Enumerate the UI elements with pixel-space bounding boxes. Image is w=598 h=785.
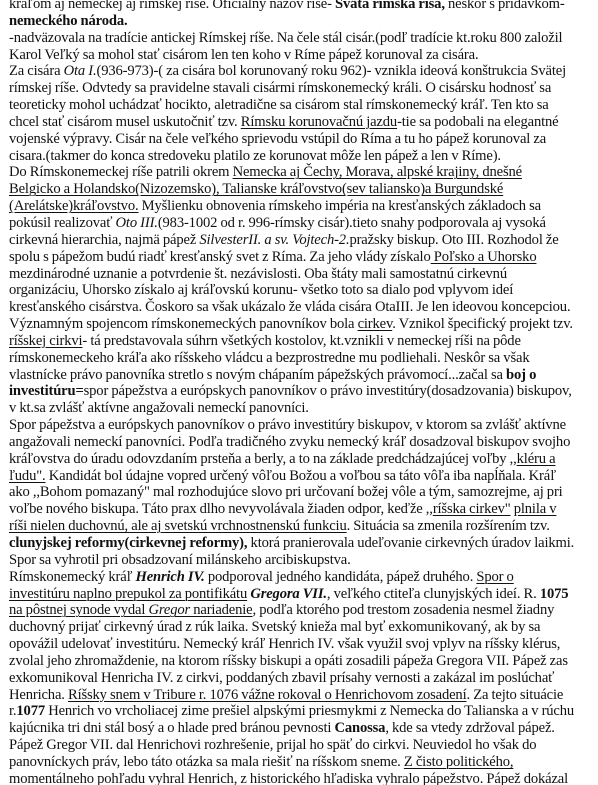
text-run: - tá predstavovala súhrn všetkých kostol…: [82, 333, 520, 349]
text-line: ríši nielen duchovnú, ale aj svetskú vrc…: [9, 518, 594, 535]
text-run: Pápež Gregor VII. dal Henrichovi rozhreš…: [9, 737, 536, 753]
text-run: teoreticky mohol uchádzať hocikto, aletr…: [9, 97, 549, 113]
emphasized-text: SilvesterII. a sv. Vojtech-2.: [199, 232, 349, 248]
emphasized-text: boj o: [506, 367, 536, 383]
text-run: ktorá pranierovala udeľovanie cirkevných…: [247, 535, 574, 551]
text-run: -tie sa podobali na elegantné: [397, 114, 558, 130]
text-run: Do Rímskonemeckej ríše patrili okrem: [9, 164, 233, 180]
text-line: (Arelátske)kráľovstvo. Myšlienku obnoven…: [9, 198, 594, 215]
text-line: Významným spojencom rímskonemeckých pano…: [9, 316, 594, 333]
underlined-text: nariadenie: [190, 602, 252, 618]
text-line: kráľom aj nemeckej aj rímskej ríše. Ofic…: [9, 0, 594, 13]
text-line: pokúsil realizovať Oto III.(983-1002 od …: [9, 215, 594, 232]
text-line: Belgicko a Holandsko(Nizozemsko), Talian…: [9, 181, 594, 198]
text-run: Rímskonemecký kráľ: [9, 569, 136, 585]
text-line: kajúcnika tri dni stál bosý a o hlade pr…: [9, 720, 594, 737]
text-run: v kt.sa zvlášť aktívne angažovali nemeck…: [9, 400, 309, 416]
text-run: kráľom aj nemeckej aj rímskej ríše. Ofic…: [9, 0, 335, 12]
text-run: Kandidát bol údajne vopred určený vôľou …: [46, 468, 556, 484]
text-line: zvolal jeho zhromaždenie, na ktorom ríšs…: [9, 653, 594, 670]
text-line: vojenské výpravy. Cisár na čele veľkého …: [9, 131, 594, 148]
underlined-text: Gregor: [149, 602, 191, 618]
underlined-text: na pôstnej synode vydal: [9, 602, 149, 618]
text-line: clunyjskej reformy(cirkevnej reformy), k…: [9, 535, 594, 552]
emphasized-text: Ota I.: [64, 63, 97, 79]
text-line: -nadväzovala na tradície antickej Rímske…: [9, 30, 594, 47]
text-line: nemeckého národa.: [9, 13, 594, 30]
text-run: , podľa ktorého pod trestom zosadenia ne…: [253, 602, 555, 618]
text-line: Do Rímskonemeckej ríše patrili okrem Nem…: [9, 164, 594, 181]
text-run: neskôr s prídavkom-: [445, 0, 565, 12]
text-line: cirkevná hierarchia, najmä pápež Silvest…: [9, 232, 594, 249]
text-line: chcel stať cisárom musel uskutočniť tzv.…: [9, 114, 594, 131]
text-run: rímskej ríše. Odvtedy sa pravidelne stav…: [9, 80, 551, 96]
text-run: vojenské výpravy. Cisár na čele veľkého …: [9, 131, 546, 147]
text-line: rímskonemeckeho kráľa ako ríšskeho vládc…: [9, 350, 594, 367]
text-run: angažovali nemeckí panovníci. Podľa trad…: [9, 434, 570, 450]
text-run: podporoval jedného kandidáta, pápež druh…: [205, 569, 477, 585]
underlined-text: ríši nielen duchovnú, ale aj svetskú vrc…: [9, 518, 347, 534]
text-run: panovníckych práv, lebo táto otázka sa m…: [9, 754, 404, 770]
text-line: mezdinárodné uznanie a potvrdenie št. ne…: [9, 266, 594, 283]
text-line: momentálneho pohľadu vyhral Henrich, z h…: [9, 771, 594, 785]
emphasized-text: Gregora VII.: [250, 586, 327, 602]
text-line: duchovný prijať cirkevný úrad z rúk laik…: [9, 619, 594, 636]
text-run: Karol Veľký sa mohol stať cisárom len te…: [9, 47, 478, 63]
text-line: exkomunikoval Henricha IV. z cirkvi, pod…: [9, 670, 594, 687]
underlined-text: ľudu".: [9, 468, 46, 484]
text-line: organizáciu, Uhorsko získalo aj kráľovsk…: [9, 282, 594, 299]
text-run: exkomunikoval Henricha IV. z cirkvi, pod…: [9, 670, 554, 686]
emphasized-text: 1077: [16, 703, 45, 719]
text-run: organizáciu, Uhorsko získalo aj kráľovsk…: [9, 282, 513, 298]
text-line: kresťanského cisárstva. Čoskoro sa však …: [9, 299, 594, 316]
text-run: vlastnícke právo panovníka stretlo s nov…: [9, 367, 506, 383]
text-run: Henricha.: [9, 687, 68, 703]
emphasized-text: nemeckého národa.: [9, 13, 128, 29]
text-run: cirkevná hierarchia, najmä pápež: [9, 232, 199, 248]
text-run: . Situácia sa zmenila rozšírením tzv.: [347, 518, 550, 534]
text-run: chcel stať cisárom musel uskutočniť tzv.: [9, 114, 241, 130]
underlined-text: Spor o: [476, 569, 513, 585]
emphasized-text: Henrich IV.: [136, 569, 205, 585]
text-line: rímskej ríše. Odvtedy sa pravidelne stav…: [9, 80, 594, 97]
text-line: vlastnícke právo panovníka stretlo s nov…: [9, 367, 594, 384]
text-line: kráľovstva do úradu odovzdaním prsteňa a…: [9, 451, 594, 468]
underlined-text: momentálneho pohľadu vyhral Henrich, z h…: [9, 771, 483, 785]
text-run: spor pápežstva a európskych panovníkov o…: [84, 383, 572, 399]
text-line: Pápež Gregor VII. dal Henrichovi rozhreš…: [9, 737, 594, 754]
text-run: . Za tejto situácie: [467, 687, 564, 703]
text-line: spolu s pápežom budú riadť kresťanský sv…: [9, 249, 594, 266]
document-body: kráľom aj nemeckej aj rímskej ríše. Ofic…: [0, 0, 598, 785]
text-line: Za cisára Ota I.(936-973)-( za cisára bo…: [9, 63, 594, 80]
text-line: Henricha. Ríšsky snem v Tribure r. 1076 …: [9, 687, 594, 704]
text-line: cisara.(takmer do konca stredoveku plati…: [9, 148, 594, 165]
emphasized-text: Svätá rímska ríša,: [335, 0, 445, 12]
text-line: Spor sa vyhrotil pri obsadzovaní milánsk…: [9, 552, 594, 569]
text-run: Spor pápežstva a európskych panovníkov o…: [9, 417, 566, 433]
text-run: Pápež dokázal: [483, 771, 568, 785]
emphasized-text: Oto III.: [116, 215, 158, 231]
text-line: Rímskonemecký kráľ Henrich IV. podporova…: [9, 569, 594, 586]
text-run: Významným spojencom rímskonemeckých pano…: [9, 316, 358, 332]
text-line: na pôstnej synode vydal Gregor nariadeni…: [9, 602, 594, 619]
text-run: spolu s pápežom budú riadť kresťanský sv…: [9, 249, 431, 265]
underlined-text: Belgicko a Holandsko(Nizozemsko), Talian…: [9, 181, 503, 197]
underlined-text: investitúru naplno prepukol za pontifiká…: [9, 586, 247, 602]
text-run: (936-973)-( za cisára bol korunovaný rok…: [96, 63, 566, 79]
text-run: zvolal jeho zhromaždenie, na ktorom ríšs…: [9, 653, 568, 669]
text-run: mezdinárodné uznanie a potvrdenie št. ne…: [9, 266, 507, 282]
text-run: kajúcnika tri dni stál bosý a o hlade pr…: [9, 720, 334, 736]
text-run: kresťanského cisárstva. Čoskoro sa však …: [9, 299, 570, 315]
text-run: pokúsil realizovať: [9, 215, 116, 231]
underlined-text: (Arelátske)kráľovstvo.: [9, 198, 138, 214]
text-line: panovníckych práv, lebo táto otázka sa m…: [9, 754, 594, 771]
underlined-text: cirkev: [358, 316, 393, 332]
emphasized-text: investitúru=: [9, 383, 84, 399]
underlined-text: ríšska cirkev": [433, 501, 511, 517]
text-run: Spor sa vyhrotil pri obsadzovaní milánsk…: [9, 552, 351, 568]
text-line: ľudu". Kandidát bol údajne vopred určený…: [9, 468, 594, 485]
text-line: voľbe nového biskupa. Táto prax dlho nev…: [9, 501, 594, 518]
text-run: (983-1002 od r. 996-rímsky cisár).tieto …: [158, 215, 546, 231]
underlined-text: Nemecka aj Čechy, Morava, alpské krajiny…: [233, 164, 522, 180]
text-run: . Vznikol špecifický projekt tzv.: [392, 316, 573, 332]
text-run: opovážil udelovať investitúru. Nemecký k…: [9, 636, 560, 652]
text-run: Henrich vo vrcholiacej zime prešiel alps…: [45, 703, 574, 719]
text-line: opovážil udelovať investitúru. Nemecký k…: [9, 636, 594, 653]
text-run: cisara.(takmer do konca stredoveku plati…: [9, 148, 501, 164]
text-line: ako ,,Bohom pomazaný" mal rozhodujúce sl…: [9, 484, 594, 501]
text-run: -nadväzovala na tradície antickej Rímske…: [9, 30, 562, 46]
underlined-text: Ríšsky snem v Tribure r. 1076 vážne roko…: [68, 687, 467, 703]
text-run: voľbe nového biskupa. Táto prax dlho nev…: [9, 501, 433, 517]
text-line: v kt.sa zvlášť aktívne angažovali nemeck…: [9, 400, 594, 417]
underlined-text: Rímsku korunovačnú jazdu: [241, 114, 397, 130]
text-run: kráľovstva do úradu odovzdaním prsteňa a…: [9, 451, 517, 467]
text-run: pražsky biskup. Oto III. Rozhodol že: [349, 232, 558, 248]
text-line: Spor pápežstva a európskych panovníkov o…: [9, 417, 594, 434]
underlined-text: ríšskej cirkvi: [9, 333, 82, 349]
text-line: teoreticky mohol uchádzať hocikto, aletr…: [9, 97, 594, 114]
underlined-text: plnila v: [514, 501, 557, 517]
text-run: duchovný prijať cirkevný úrad z rúk laik…: [9, 619, 540, 635]
text-line: ríšskej cirkvi- tá predstavovala súhrn v…: [9, 333, 594, 350]
emphasized-text: clunyjskej reformy(cirkevnej reformy),: [9, 535, 247, 551]
text-run: , kde sa vtedy zdržoval pápež.: [385, 720, 554, 736]
underlined-text: Poľsko a Uhorsko: [431, 249, 537, 265]
text-line: investitúru=spor pápežstva a európskych …: [9, 383, 594, 400]
text-run: ako ,,Bohom pomazaný" mal rozhodujúce sl…: [9, 484, 563, 500]
text-run: Myšlienku obnovenia rímskeho impéria na …: [138, 198, 540, 214]
emphasized-text: 1075: [540, 586, 569, 602]
emphasized-text: Canossa: [334, 720, 385, 736]
text-line: angažovali nemeckí panovníci. Podľa trad…: [9, 434, 594, 451]
underlined-text: kléru a: [517, 451, 556, 467]
text-line: Karol Veľký sa mohol stať cisárom len te…: [9, 47, 594, 64]
underlined-text: Z čisto politického,: [404, 754, 513, 770]
text-line: r.1077 Henrich vo vrcholiacej zime preši…: [9, 703, 594, 720]
text-line: investitúru naplno prepukol za pontifiká…: [9, 586, 594, 603]
text-run: , veľkého ctiteľa clunyjských ideí. R.: [327, 586, 540, 602]
text-run: Za cisára: [9, 63, 64, 79]
text-run: rímskonemeckeho kráľa ako ríšskeho vládc…: [9, 350, 529, 366]
